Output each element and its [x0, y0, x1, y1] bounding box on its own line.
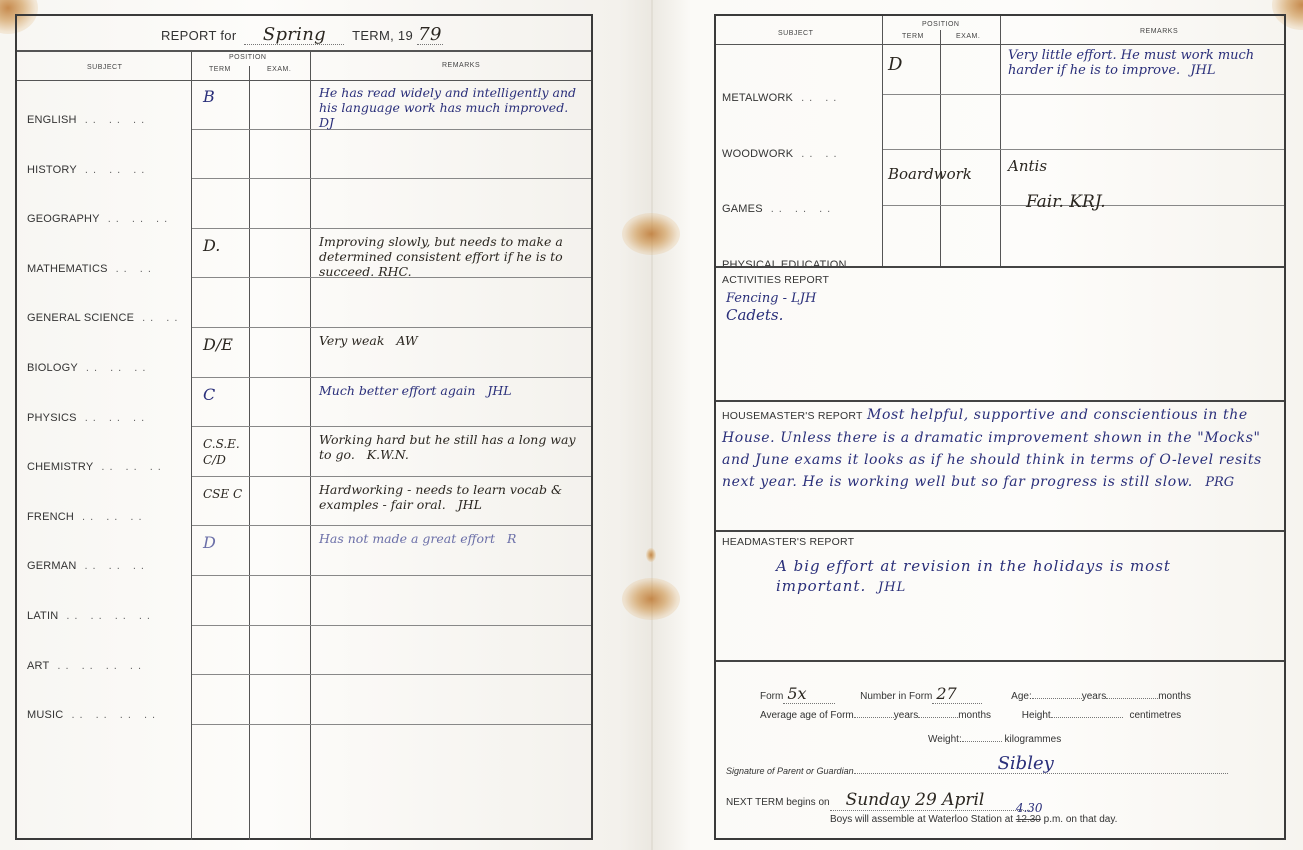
headmaster-comment: A big effort at revision in the holidays…	[776, 557, 1171, 595]
subject-name: ART.. .. .. ..	[27, 660, 146, 672]
header-rule	[17, 50, 591, 52]
stain-spine-upper	[622, 213, 680, 255]
remark-text: Much better effort again JHL	[319, 383, 579, 398]
remark-text: Improving slowly, but needs to make a de…	[319, 234, 579, 279]
term-grade: D.	[203, 238, 247, 254]
exam-divider	[1000, 16, 1001, 266]
teacher-initials: R	[507, 531, 516, 546]
term-column-header: TERM	[209, 66, 231, 73]
next-term-label: NEXT TERM begins on	[726, 797, 830, 808]
teacher-initials: JHL	[1190, 63, 1215, 78]
height-unit: centimetres	[1129, 710, 1181, 721]
row-rule	[192, 525, 591, 526]
row-rule	[192, 625, 591, 626]
row-rule	[192, 327, 591, 328]
teacher-initials: JHL	[458, 497, 482, 512]
assembly-suffix: p.m. on that day.	[1044, 814, 1118, 825]
subject-name: CHEMISTRY.. .. ..	[27, 461, 166, 473]
weight-label: Weight:	[928, 734, 962, 745]
row-rule	[192, 178, 591, 179]
signature-line: Signature of Parent or GuardianSibley	[726, 766, 1228, 776]
row-rule	[192, 228, 591, 229]
term-name-field: Spring	[244, 26, 344, 45]
term-grade: B	[203, 89, 247, 105]
housemaster-report: HOUSEMASTER'S REPORT Most helpful, suppo…	[722, 404, 1278, 493]
age-years-label: years	[1082, 691, 1106, 702]
term-grade: D/E	[203, 337, 247, 353]
height-label: Height	[1022, 710, 1051, 721]
term-grade: D	[203, 535, 247, 551]
remark-text: Very weak AW	[319, 333, 579, 348]
remark-text: Fair. KRJ.	[1026, 195, 1296, 210]
term-column-header: TERM	[902, 33, 924, 40]
age-label: Age:	[1011, 691, 1032, 702]
additional-report-form: SUBJECT POSITION TERM EXAM. REMARKS META…	[714, 14, 1286, 840]
subject-name: BIOLOGY.. .. ..	[27, 362, 150, 374]
activity-line: Cadets.	[726, 307, 816, 324]
stain-spine-lower	[622, 578, 680, 620]
parent-signature: Sibley	[994, 753, 1054, 774]
remarks-column-header: REMARKS	[1140, 28, 1178, 35]
position-column-header: POSITION	[229, 54, 266, 61]
subject-name: ENGLISH.. .. ..	[27, 114, 149, 126]
subject-divider	[191, 50, 192, 840]
subject-name: FRENCH.. .. ..	[27, 511, 147, 523]
row-rule	[192, 724, 591, 725]
row-rule	[192, 575, 591, 576]
row-rule	[883, 149, 1284, 150]
age-months-field	[1106, 698, 1158, 699]
subject-name: GERMAN.. .. ..	[27, 560, 149, 572]
assembly-line: Boys will assemble at Waterloo Station a…	[830, 814, 1117, 825]
report-for-label: REPORT for	[161, 28, 236, 43]
avg-months-field	[918, 717, 958, 718]
exam-column-header: EXAM.	[267, 66, 291, 73]
subject-name: WOODWORK.. ..	[722, 148, 842, 160]
term-divider	[940, 30, 941, 266]
exam-column-header: EXAM.	[956, 33, 980, 40]
row-rule	[192, 674, 591, 675]
term-grade: Boardwork	[888, 165, 972, 183]
subject-name: GEOGRAPHY.. .. ..	[27, 213, 172, 225]
remarks-column-header: REMARKS	[442, 62, 480, 69]
subject-column-header: SUBJECT	[87, 64, 122, 71]
avg-months-label: months	[958, 710, 991, 721]
subject-name: PHYSICAL EDUCATION..	[722, 259, 871, 271]
remark-text: Working hard but he still has a long way…	[319, 432, 579, 462]
corrected-time: 4.30	[1016, 801, 1043, 815]
book-spine	[651, 0, 653, 850]
assembly-text: Boys will assemble at Waterloo Station a…	[830, 814, 1013, 825]
remark-text: He has read widely and intelligently and…	[319, 85, 579, 130]
header-bottom-rule	[17, 80, 591, 81]
position-column-header: POSITION	[922, 21, 959, 28]
headmaster-signature: JHL	[878, 580, 906, 595]
headmaster-label: HEADMASTER'S REPORT	[722, 536, 854, 548]
average-age-label: Average age of Form	[760, 710, 854, 721]
subject-name: METALWORK.. ..	[722, 92, 841, 104]
year-field: 79	[417, 26, 443, 45]
teacher-initials: JHL	[487, 383, 511, 398]
number-in-form-label: Number in Form	[860, 691, 932, 702]
housemaster-signature: PRG	[1205, 475, 1234, 490]
activities-text: Fencing - LJH Cadets.	[726, 290, 816, 324]
age-years-field	[1032, 698, 1082, 699]
form-label: Form	[760, 691, 783, 702]
form-details-line-2: Average age of Formyearsmonths Height ce…	[760, 710, 1181, 721]
height-field	[1051, 717, 1123, 718]
age-months-label: months	[1158, 691, 1191, 702]
subject-name: MUSIC.. .. .. ..	[27, 709, 160, 721]
remark-text: Has not made a great effort R	[319, 531, 579, 546]
avg-years-field	[854, 717, 894, 718]
subject-column-header: SUBJECT	[778, 30, 813, 37]
term-grade: C.S.E. C/D	[203, 436, 247, 468]
exam-divider	[310, 50, 311, 840]
weight-field	[962, 741, 1002, 742]
report-title: REPORT for Spring TERM, 1979	[17, 26, 591, 45]
headmaster-rule	[716, 530, 1284, 532]
subject-name: MATHEMATICS.. ..	[27, 263, 156, 275]
remark-text: Hardworking - needs to learn vocab & exa…	[319, 482, 579, 512]
subject-name: HISTORY.. .. ..	[27, 164, 149, 176]
details-rule	[716, 660, 1284, 662]
activity-line: Fencing - LJH	[726, 290, 816, 307]
form-value: 5x	[783, 684, 806, 703]
subject-name: LATIN.. .. .. ..	[27, 610, 155, 622]
signature-label: Signature of Parent or Guardian	[726, 766, 854, 776]
housemaster-label: HOUSEMASTER'S REPORT	[722, 410, 863, 422]
form-details-line-1: Form5x Number in Form27 Age:yearsmonths	[760, 684, 1191, 704]
teacher-initials: K.W.N.	[367, 447, 409, 462]
subject-divider	[882, 16, 883, 266]
number-in-form-value: 27	[932, 684, 956, 703]
row-rule	[192, 377, 591, 378]
weight-unit: kilogrammes	[1005, 734, 1062, 745]
activities-label: ACTIVITIES REPORT	[722, 274, 829, 286]
term-label: TERM, 19	[352, 28, 413, 43]
housemaster-rule	[716, 400, 1284, 402]
stain-spine-dot	[646, 548, 656, 562]
subject-name: PHYSICS.. .. ..	[27, 412, 149, 424]
term-grade: D	[888, 54, 902, 75]
activities-rule	[716, 266, 1284, 268]
subject-name: GENERAL SCIENCE.. ..	[27, 312, 182, 324]
subject-name: GAMES.. .. ..	[722, 203, 835, 215]
avg-years-label: years	[894, 710, 918, 721]
remark-text: Very little effort. He must work much ha…	[1008, 48, 1278, 78]
form-details-line-3: Weight: kilogrammes	[928, 734, 1061, 745]
subject-report-form: REPORT for Spring TERM, 1979 SUBJECT POS…	[15, 14, 593, 840]
teacher-initials: AW	[396, 333, 417, 348]
headmaster-text: A big effort at revision in the holidays…	[776, 556, 1216, 598]
row-rule	[883, 94, 1284, 95]
remark-text: Antis	[1008, 159, 1278, 174]
term-grade: CSE C	[203, 486, 247, 502]
next-term-value: Sunday 29 April	[830, 790, 985, 810]
term-grade: C	[203, 387, 247, 403]
row-rule	[192, 426, 591, 427]
struck-time: 12.30	[1016, 814, 1041, 825]
row-rule	[192, 476, 591, 477]
next-term-line: NEXT TERM begins onSunday 29 April	[726, 790, 1030, 811]
